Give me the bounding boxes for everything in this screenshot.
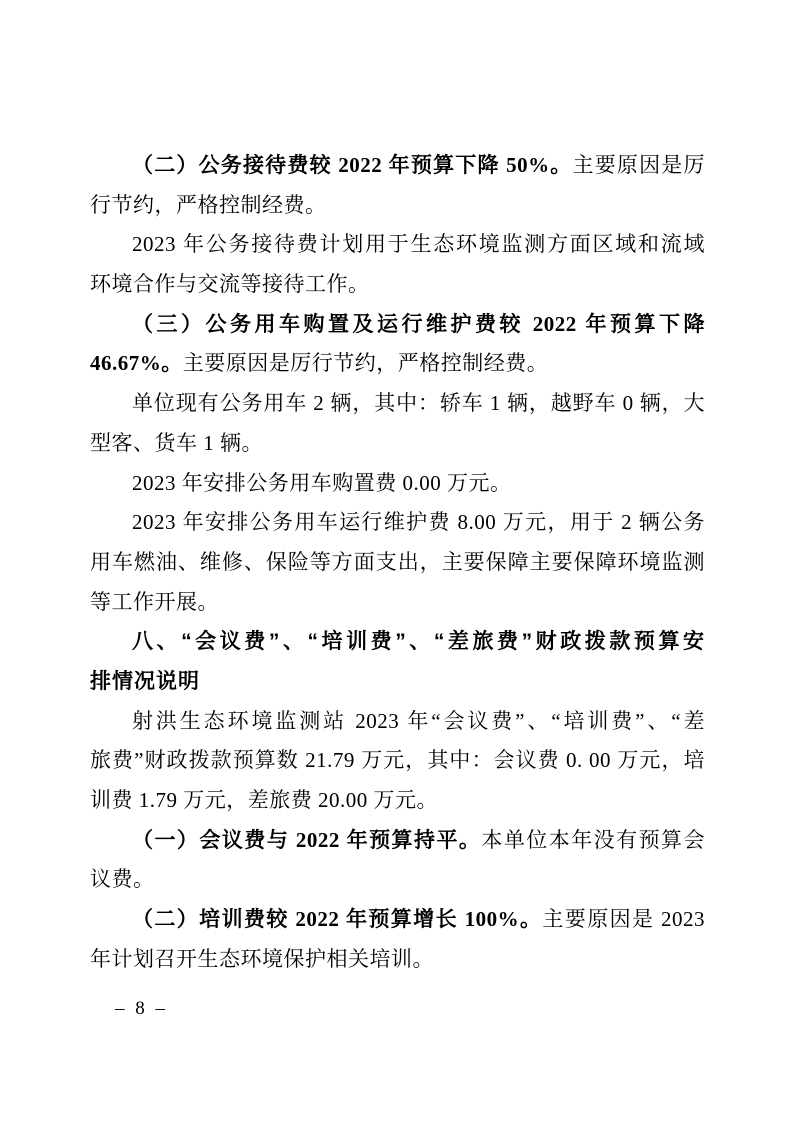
- section-heading-text: 八、“会议费”、“培训费”、“差旅费”财政拨款预算安: [132, 630, 705, 653]
- body-text: 2023 年安排公务用车购置费 0.00 万元。: [132, 471, 512, 495]
- body-text: 射洪生态环境监测站 2023 年“会议费”、“培训费”、“差: [132, 709, 705, 733]
- body-text: 行节约，严格控制经费。: [90, 193, 327, 217]
- bold-lead-text: （三）公务用车购置及运行维护费较 2022 年预算下降: [132, 312, 705, 336]
- bold-lead-text: （一）会议费与 2022 年预算持平。: [132, 828, 481, 852]
- body-text: 年计划召开生态环境保护相关培训。: [90, 947, 434, 971]
- body-text: 等工作开展。: [90, 590, 219, 614]
- body-text: 单位现有公务用车 2 辆，其中：轿车 1 辆，越野车 0 辆，大: [132, 391, 705, 415]
- doc-line: （三）公务用车购置及运行维护费较 2022 年预算下降: [90, 305, 705, 345]
- section-heading-line: 排情况说明: [90, 662, 705, 702]
- doc-line: （二）培训费较 2022 年预算增长 100%。主要原因是 2023: [90, 900, 705, 940]
- doc-line: （一）会议费与 2022 年预算持平。本单位本年没有预算会: [90, 821, 705, 861]
- doc-line: 2023 年安排公务用车购置费 0.00 万元。: [90, 464, 705, 504]
- doc-line: 年计划召开生态环境保护相关培训。: [90, 940, 705, 980]
- body-text: 训费 1.79 万元，差旅费 20.00 万元。: [90, 788, 438, 812]
- doc-line: 2023 年公务接待费计划用于生态环境监测方面区域和流域: [90, 225, 705, 265]
- doc-line: 射洪生态环境监测站 2023 年“会议费”、“培训费”、“差: [90, 702, 705, 742]
- body-text: 旅费”财政拨款预算数 21.79 万元，其中：会议费 0. 00 万元，培: [90, 748, 705, 772]
- doc-line: 议费。: [90, 860, 705, 900]
- doc-line: 训费 1.79 万元，差旅费 20.00 万元。: [90, 781, 705, 821]
- doc-line: 46.67%。主要原因是厉行节约，严格控制经费。: [90, 344, 705, 384]
- body-text: 主要原因是厉: [573, 153, 705, 177]
- doc-line: 旅费”财政拨款预算数 21.79 万元，其中：会议费 0. 00 万元，培: [90, 741, 705, 781]
- bold-lead-text: 46.67%。: [90, 351, 183, 375]
- doc-line: 单位现有公务用车 2 辆，其中：轿车 1 辆，越野车 0 辆，大: [90, 384, 705, 424]
- body-text: 用车燃油、维修、保险等方面支出，主要保障主要保障环境监测: [90, 550, 705, 574]
- section-heading-text: 排情况说明: [90, 670, 200, 693]
- doc-line: 行节约，严格控制经费。: [90, 186, 705, 226]
- document-page: （二）公务接待费较 2022 年预算下降 50%。主要原因是厉 行节约，严格控制…: [0, 0, 793, 1122]
- doc-line: （二）公务接待费较 2022 年预算下降 50%。主要原因是厉: [90, 146, 705, 186]
- body-text: 环境合作与交流等接待工作。: [90, 272, 370, 296]
- document-body: （二）公务接待费较 2022 年预算下降 50%。主要原因是厉 行节约，严格控制…: [90, 146, 705, 979]
- section-heading-line: 八、“会议费”、“培训费”、“差旅费”财政拨款预算安: [90, 622, 705, 662]
- body-text: 2023 年公务接待费计划用于生态环境监测方面区域和流域: [132, 232, 705, 256]
- doc-line: 环境合作与交流等接待工作。: [90, 265, 705, 305]
- bold-lead-text: （二）公务接待费较 2022 年预算下降 50%。: [132, 153, 573, 177]
- body-text: 主要原因是 2023: [542, 907, 705, 931]
- body-text: 本单位本年没有预算会: [481, 828, 705, 852]
- doc-line: 2023 年安排公务用车运行维护费 8.00 万元，用于 2 辆公务: [90, 503, 705, 543]
- body-text: 型客、货车 1 辆。: [90, 431, 263, 455]
- page-number: – 8 –: [115, 998, 168, 1020]
- doc-line: 用车燃油、维修、保险等方面支出，主要保障主要保障环境监测: [90, 543, 705, 583]
- doc-line: 型客、货车 1 辆。: [90, 424, 705, 464]
- body-text: 2023 年安排公务用车运行维护费 8.00 万元，用于 2 辆公务: [132, 510, 705, 534]
- body-text: 主要原因是厉行节约，严格控制经费。: [183, 351, 549, 375]
- bold-lead-text: （二）培训费较 2022 年预算增长 100%。: [132, 907, 542, 931]
- doc-line: 等工作开展。: [90, 583, 705, 623]
- body-text: 议费。: [90, 867, 155, 891]
